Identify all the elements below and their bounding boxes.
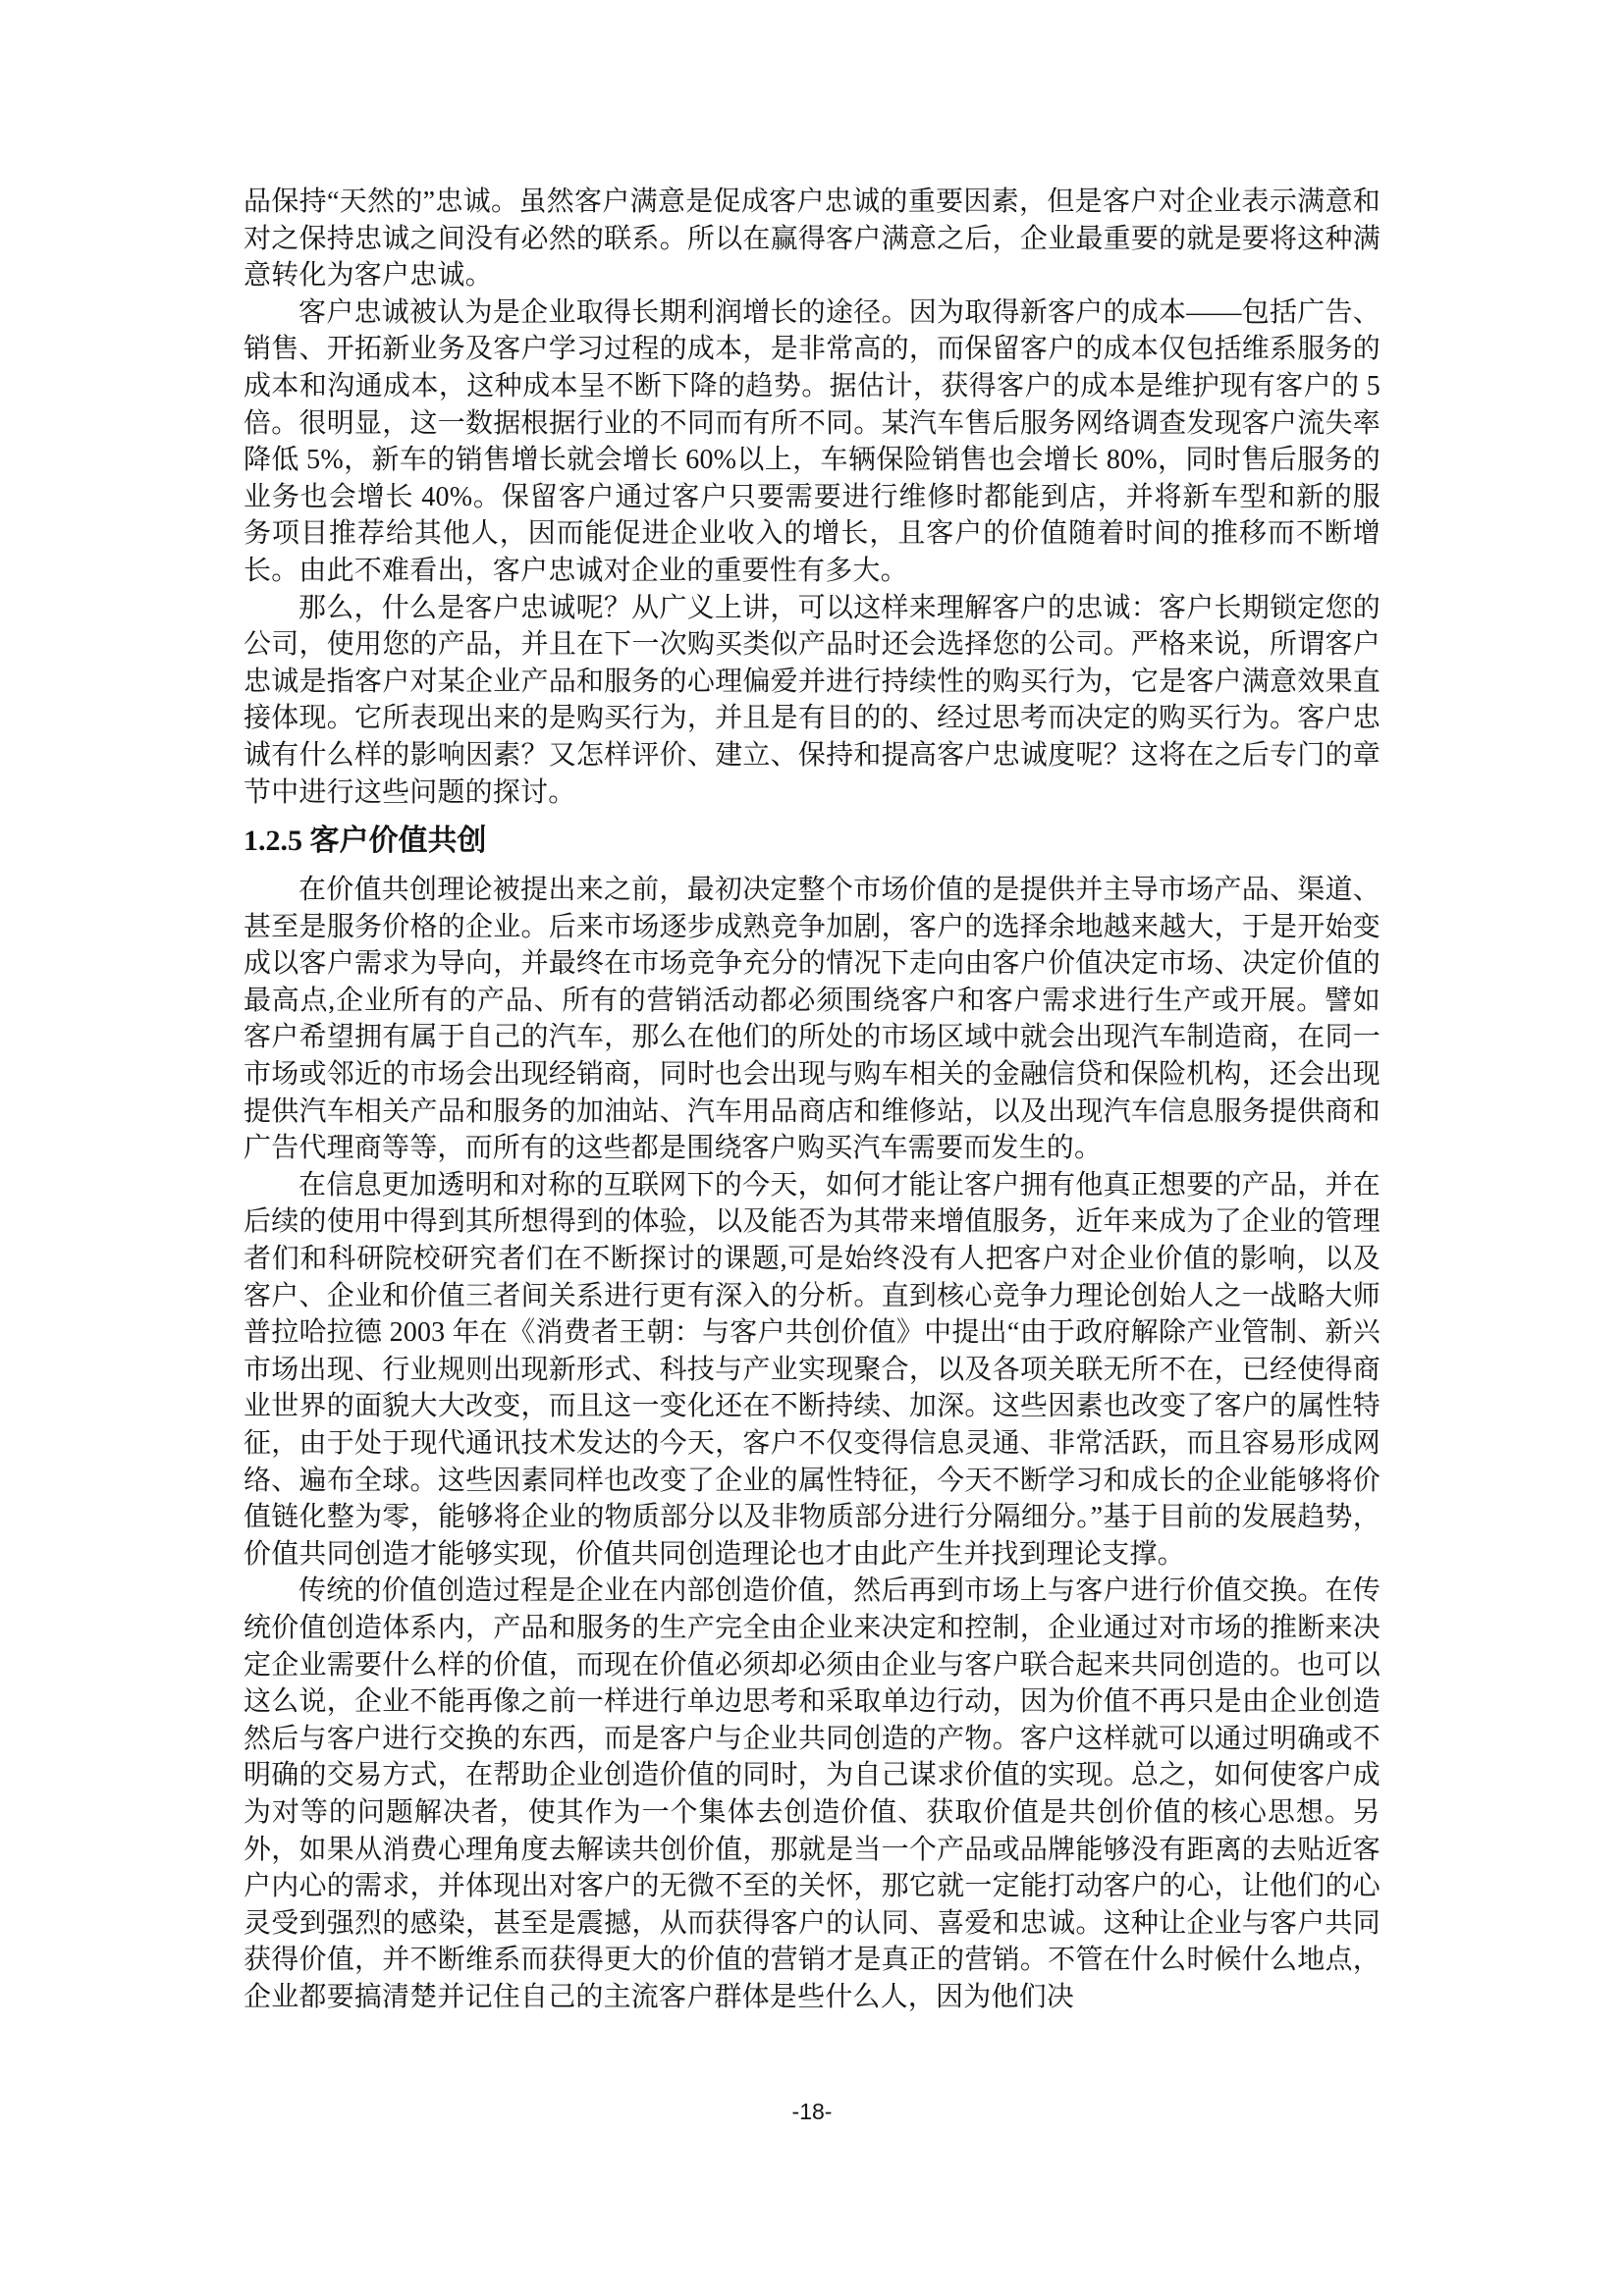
paragraph-loyalty-profit-growth: 客户忠诚被认为是企业取得长期利润增长的途径。因为取得新客户的成本——包括广告、销… [244,294,1380,590]
section-heading-1-2-5: 1.2.5 客户价值共创 [244,823,1380,860]
paragraph-what-is-loyalty: 那么，什么是客户忠诚呢？从广义上讲，可以这样来理解客户的忠诚：客户长期锁定您的公… [244,590,1380,812]
paragraph-internet-prahalad: 在信息更加透明和对称的互联网下的今天，如何才能让客户拥有他真正想要的产品，并在后… [244,1167,1380,1574]
page-content: 品保持“天然的”忠诚。虽然客户满意是促成客户忠诚的重要因素，但是客户对企业表示满… [244,184,1380,2016]
paragraph-customer-satisfaction-loyalty: 品保持“天然的”忠诚。虽然客户满意是促成客户忠诚的重要因素，但是客户对企业表示满… [244,184,1380,294]
paragraph-traditional-value-creation: 传统的价值创造过程是企业在内部创造价值，然后再到市场上与客户进行价值交换。在传统… [244,1573,1380,2015]
paragraph-value-cocreation-background: 在价值共创理论被提出来之前，最初决定整个市场价值的是提供并主导市场产品、渠道、甚… [244,872,1380,1167]
page-number: -18- [0,2099,1624,2125]
document-page: 品保持“天然的”忠诚。虽然客户满意是促成客户忠诚的重要因素，但是客户对企业表示满… [0,0,1624,2296]
